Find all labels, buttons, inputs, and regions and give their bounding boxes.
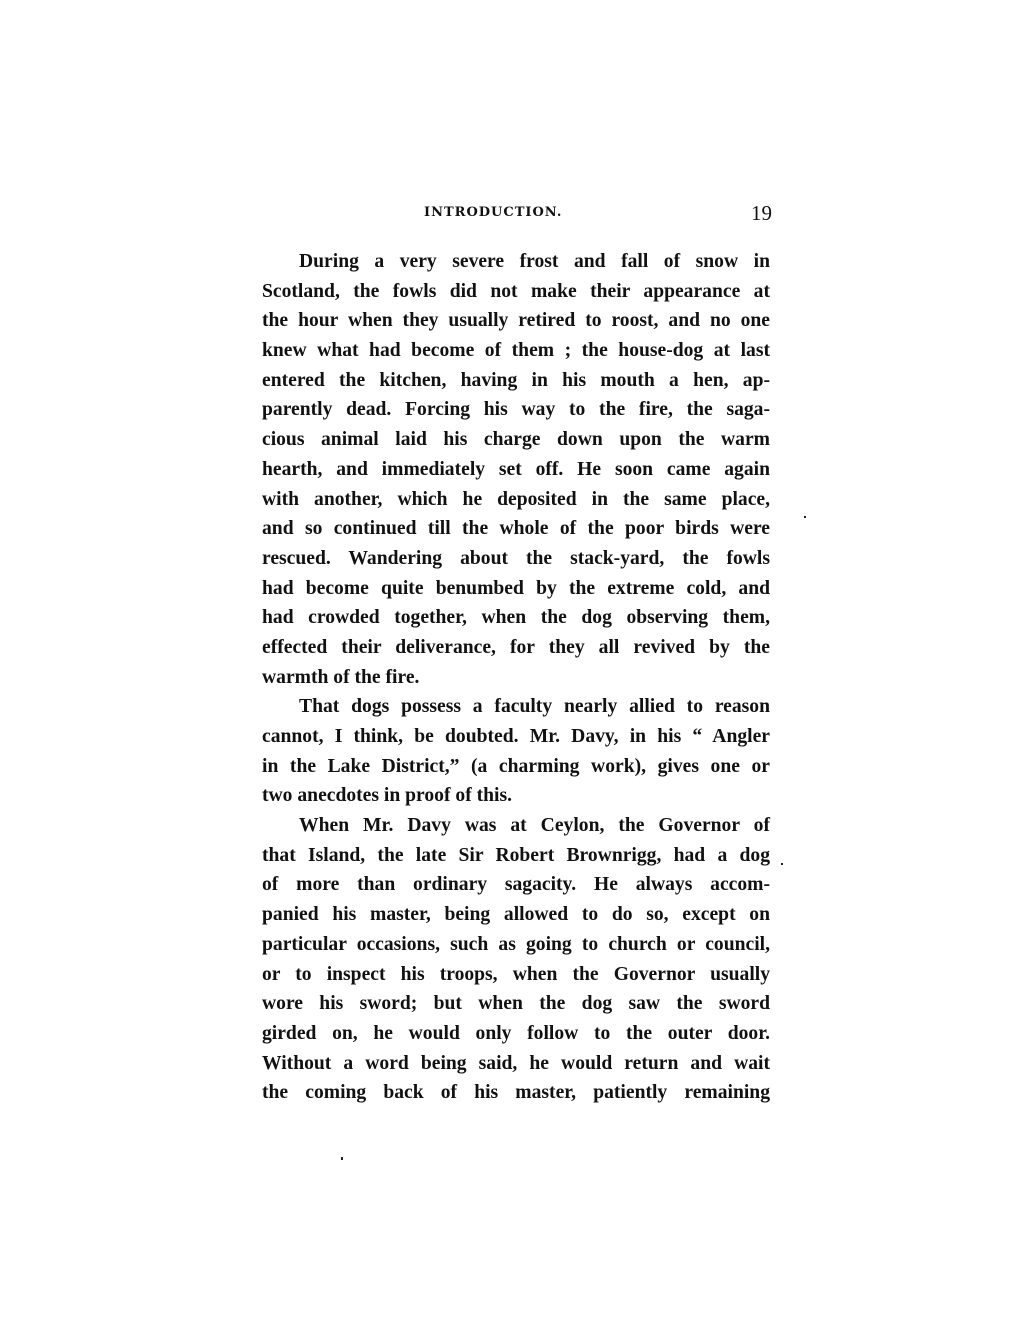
text-line: During a very severe frost and fall of s… [262, 247, 770, 277]
scan-speck [341, 1157, 343, 1160]
text-line: parently dead. Forcing his way to the fi… [262, 395, 770, 425]
text-line: that Island, the late Sir Robert Brownri… [262, 841, 770, 871]
text-line: with another, which he deposited in the … [262, 485, 770, 515]
text-line: Scotland, the fowls did not make their a… [262, 277, 770, 307]
scan-speck [781, 863, 783, 865]
text-line: cannot, I think, be doubted. Mr. Davy, i… [262, 722, 770, 752]
text-line: wore his sword; but when the dog saw the… [262, 989, 770, 1019]
text-line: entered the kitchen, having in his mouth… [262, 366, 770, 396]
text-line: or to inspect his troops, when the Gover… [262, 960, 770, 990]
body-text: During a very severe frost and fall of s… [262, 247, 770, 1108]
text-line: the coming back of his master, patiently… [262, 1078, 770, 1108]
text-line: had crowded together, when the dog obser… [262, 603, 770, 633]
text-line: of more than ordinary sagacity. He alway… [262, 870, 770, 900]
text-line: rescued. Wandering about the stack-yard,… [262, 544, 770, 574]
text-line: When Mr. Davy was at Ceylon, the Governo… [262, 811, 770, 841]
text-line: knew what had become of them ; the house… [262, 336, 770, 366]
text-line: warmth of the fire. [262, 663, 770, 693]
running-head: INTRODUCTION. 19 [262, 201, 772, 229]
text-line: hearth, and immediately set off. He soon… [262, 455, 770, 485]
text-line: had become quite benumbed by the extreme… [262, 574, 770, 604]
running-title: INTRODUCTION. [424, 205, 562, 220]
text-line: in the Lake District,” (a charming work)… [262, 752, 770, 782]
text-line: panied his master, being allowed to do s… [262, 900, 770, 930]
text-line: and so continued till the whole of the p… [262, 514, 770, 544]
text-line: cious animal laid his charge down upon t… [262, 425, 770, 455]
text-line: Without a word being said, he would retu… [262, 1049, 770, 1079]
scan-speck [804, 516, 806, 518]
text-line: girded on, he would only follow to the o… [262, 1019, 770, 1049]
text-line: the hour when they usually retired to ro… [262, 306, 770, 336]
text-line: That dogs possess a faculty nearly allie… [262, 692, 770, 722]
text-line: effected their deliverance, for they all… [262, 633, 770, 663]
text-line: two anecdotes in proof of this. [262, 781, 770, 811]
book-page: INTRODUCTION. 19 During a very severe fr… [0, 0, 1033, 1339]
page-number: 19 [751, 201, 772, 226]
text-line: particular occasions, such as going to c… [262, 930, 770, 960]
